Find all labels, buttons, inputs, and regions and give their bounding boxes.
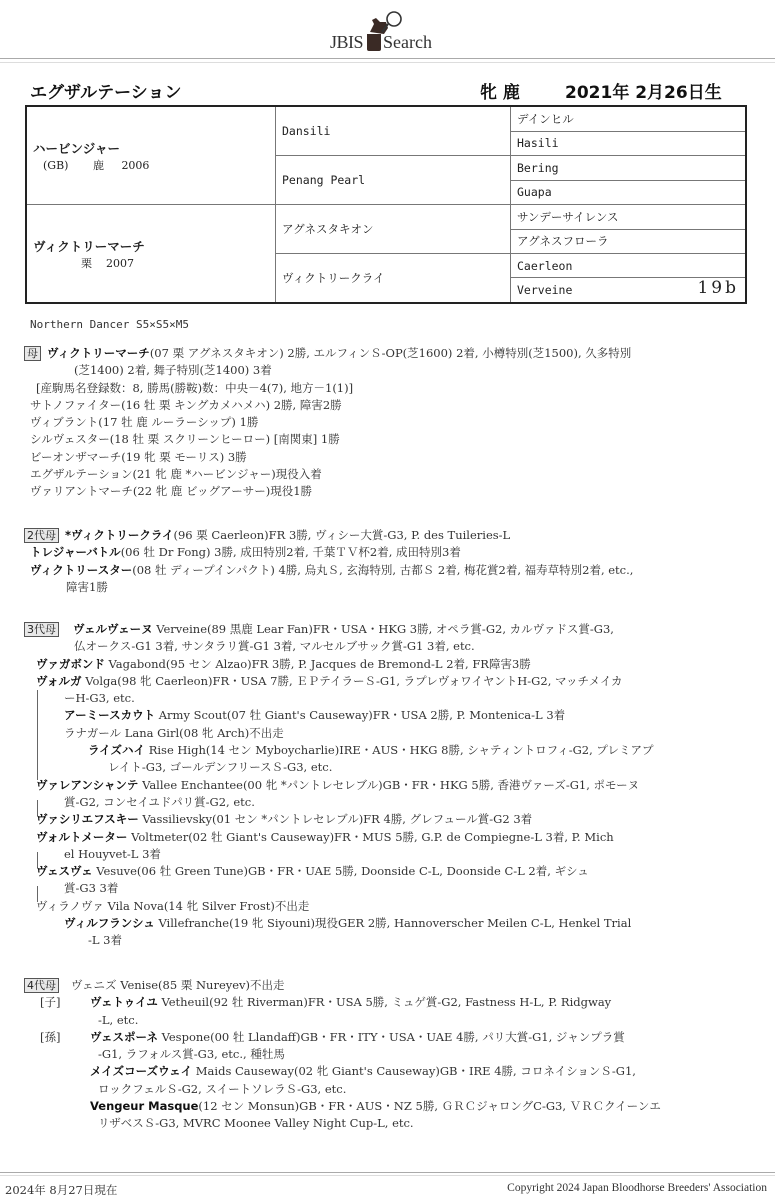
progeny-record: Vassilievsky(01 セン *パントレセレブル)FR 4勝, グレフュ…	[142, 812, 532, 826]
sire-year: 2006	[121, 159, 149, 172]
g3-cell-2[interactable]: Hasili	[511, 131, 747, 156]
progeny-name[interactable]: ヴォルガ	[36, 674, 82, 688]
progeny-record-cont: el Houyvet-L 3着	[24, 846, 754, 863]
progeny-item[interactable]: ヴィブラント(17 牡 鹿 ルーラーシップ) 1勝	[24, 414, 754, 431]
horse-title-row: エグザルテーション 牝 鹿 2021年 2月26日生	[30, 78, 750, 102]
sire-origin: (GB)	[43, 159, 68, 172]
sire-cell[interactable]: ハービンジャー (GB) 鹿 2006	[26, 106, 276, 205]
g3-cell-6[interactable]: アグネスフローラ	[511, 229, 747, 254]
progeny-record-cont: ロックフェルＳ-G2, スイートソレラＳ-G3, etc.	[24, 1081, 754, 1098]
as-of-date: 2024年 8月27日現在	[5, 1182, 117, 1198]
progeny-record-cont: 賞-G2, コンセイユドパリ賞-G2, etc.	[24, 794, 754, 811]
progeny-name[interactable]: ヴァガボンド	[36, 657, 105, 671]
sire-sire-cell[interactable]: Dansili	[276, 106, 511, 156]
family-number: 19b	[697, 278, 739, 298]
progeny-record: (12 セン Monsun)GB・FR・AUS・NZ 5勝, ＧＲＣジャロングC…	[198, 1099, 660, 1113]
progeny-item[interactable]: ラナガール Lana Girl(08 牝 Arch)不出走	[24, 725, 754, 742]
sire-details: (GB) 鹿 2006	[33, 157, 269, 173]
dam-details: 栗 2007	[33, 255, 269, 271]
progeny-record-cont: リザベスＳ-G3, MVRC Moonee Valley Night Cup-L…	[24, 1115, 754, 1132]
progeny-item[interactable]: シルヴェスター(18 牡 栗 スクリーンヒーロー) [南関東] 1勝	[24, 431, 754, 448]
progeny-name[interactable]: Vengeur Masque	[90, 1099, 198, 1113]
second-dam-name[interactable]: *ヴィクトリークライ	[65, 528, 173, 542]
second-dam-tag: 2代母	[24, 528, 59, 543]
dam-color: 栗	[81, 257, 92, 270]
third-dam-name[interactable]: ヴェルヴェーヌ	[73, 622, 153, 636]
progeny-record: (08 牡 ディープインパクト) 4勝, 烏丸Ｓ, 玄海特別, 古都Ｓ 2着, …	[132, 563, 633, 577]
progeny-record-cont: レイト-G3, ゴールデンフリースＳ-G3, etc.	[24, 759, 754, 776]
fourth-dam-tag: 4代母	[24, 978, 59, 993]
horse-birthdate: 2021年 2月26日生	[565, 78, 722, 103]
dam-year: 2007	[106, 257, 134, 270]
sire-dam-cell[interactable]: Penang Pearl	[276, 156, 511, 205]
g3-cell-5[interactable]: サンデーサイレンス	[511, 205, 747, 230]
dam-name: ヴィクトリーマーチ	[33, 237, 269, 255]
sire-color: 鹿	[93, 159, 104, 172]
progeny-record: Maids Causeway(02 牝 Giant's Causeway)GB・…	[196, 1064, 636, 1078]
progeny-name[interactable]: ヴィクトリースター	[30, 563, 132, 577]
inbreeding-note: Northern Dancer S5×S5×M5	[30, 318, 189, 331]
progeny-record: Vespone(00 牡 Llandaff)GB・FR・ITY・USA・UAE …	[162, 1030, 625, 1044]
progeny-record: Vallee Enchantee(00 牝 *パントレセレブル)GB・FR・HK…	[142, 778, 639, 792]
progeny-name[interactable]: トレジャーバトル	[30, 545, 121, 559]
progeny-name[interactable]: ライズハイ	[88, 743, 145, 757]
grandchild-label: [孫]	[40, 1029, 90, 1046]
g3-cell-4[interactable]: Guapa	[511, 180, 747, 205]
footer-divider	[0, 1172, 775, 1176]
third-dam-section: 3代母ヴェルヴェーヌ Verveine(89 黒鹿 Lear Fan)FR・US…	[24, 621, 754, 950]
third-dam-record-cont: 仏オークス-G1 3着, サンタラリ賞-G1 3着, マルセルブサック賞-G1 …	[24, 638, 754, 655]
progeny-item[interactable]: ビーオンザマーチ(19 牝 栗 モーリス) 3勝	[24, 449, 754, 466]
progeny-record: Rise High(14 セン Myboycharlie)IRE・AUS・HKG…	[149, 743, 654, 757]
progeny-name[interactable]: ヴェトゥイユ	[90, 995, 158, 1009]
logo-search-text: Search	[383, 32, 432, 53]
progeny-item[interactable]: エグザルテーション(21 牝 鹿 *ハービンジャー)現役入着	[24, 466, 754, 483]
progeny-name[interactable]: アーミースカウト	[64, 708, 155, 722]
fourth-dam-record[interactable]: ヴェニズ Venise(85 栗 Nureyev)不出走	[71, 978, 285, 992]
third-dam-tag: 3代母	[24, 622, 59, 637]
progeny-record-cont: 賞-G3 3着	[24, 880, 754, 897]
progeny-record: Volga(98 牝 Caerleon)FR・USA 7勝, ＥＰテイラーＳ-G…	[85, 674, 622, 688]
progeny-name[interactable]: ヴァレアンシャンテ	[36, 778, 138, 792]
progeny-name[interactable]: ヴィルフランシュ	[64, 916, 155, 930]
progeny-record-cont: -G1, ラフォルス賞-G3, etc., 種牡馬	[24, 1046, 754, 1063]
progeny-name[interactable]: ヴェスポーネ	[90, 1030, 158, 1044]
dam-section: 母ヴィクトリーマーチ(07 栗 アグネスタキオン) 2勝, エルフィンＳ-OP(…	[24, 345, 754, 501]
dam-dam-cell[interactable]: ヴィクトリークライ	[276, 254, 511, 304]
dam-progeny-summary: [産駒馬名登録数：8, 勝馬(勝鞍)数：中央－4(7), 地方－1(1)]	[24, 380, 754, 397]
second-dam-section: 2代母*ヴィクトリークライ(96 栗 Caerleon)FR 3勝, ヴィシー大…	[24, 527, 754, 596]
dam-name-link[interactable]: ヴィクトリーマーチ	[47, 346, 150, 360]
g3-cell-7[interactable]: Caerleon	[511, 254, 747, 278]
second-dam-record: (96 栗 Caerleon)FR 3勝, ヴィシー大賞-G3, P. des …	[173, 528, 510, 542]
progeny-record: (06 牡 Dr Fong) 3勝, 成田特別2着, 千葉ＴＶ杯2着, 成田特別…	[121, 545, 461, 559]
progeny-record: Voltmeter(02 牡 Giant's Causeway)FR・MUS 5…	[131, 830, 614, 844]
dam-record: (07 栗 アグネスタキオン) 2勝, エルフィンＳ-OP(芝1600) 2着,…	[150, 346, 631, 360]
progeny-item[interactable]: ヴァリアントマーチ(22 牝 鹿 ビッグアーサー)現役1勝	[24, 483, 754, 500]
pedigree-table: ハービンジャー (GB) 鹿 2006 Dansili デインヒル Hasili…	[25, 105, 747, 304]
g3-cell-8-name: Verveine	[517, 283, 572, 297]
g3-cell-1[interactable]: デインヒル	[511, 106, 747, 131]
progeny-record-cont: 障害1勝	[24, 579, 754, 596]
g3-cell-8[interactable]: Verveine 19b	[511, 278, 747, 303]
jbis-search-logo[interactable]: JBIS Search	[330, 10, 460, 52]
fourth-dam-section: 4代母ヴェニズ Venise(85 栗 Nureyev)不出走 [子]ヴェトゥイ…	[24, 977, 754, 1133]
logo-jbis-text: JBIS	[330, 32, 363, 53]
copyright: Copyright 2024 Japan Bloodhorse Breeders…	[507, 1182, 767, 1194]
progeny-item[interactable]: サトノファイター(16 牡 栗 キングカメハメハ) 2勝, 障害2勝	[24, 397, 754, 414]
progeny-record: Villefranche(19 牝 Siyouni)現役GER 2勝, Hann…	[158, 916, 631, 930]
dam-sire-cell[interactable]: アグネスタキオン	[276, 205, 511, 254]
child-label: [子]	[40, 994, 90, 1011]
dam-record-cont: (芝1400) 2着, 舞子特別(芝1400) 3着	[24, 362, 754, 379]
progeny-name[interactable]: ヴァシリエフスキー	[36, 812, 139, 826]
progeny-record-cont: -L, etc.	[24, 1012, 754, 1029]
progeny-record: Vetheuil(92 牡 Riverman)FR・USA 5勝, ミュゲ賞-G…	[161, 995, 611, 1009]
progeny-record: Army Scout(07 牡 Giant's Causeway)FR・USA …	[159, 708, 565, 722]
progeny-record: Vagabond(95 セン Alzao)FR 3勝, P. Jacques d…	[109, 657, 531, 671]
header-divider	[0, 58, 775, 63]
dam-tag: 母	[24, 346, 41, 361]
header: JBIS Search	[0, 0, 775, 66]
g3-cell-3[interactable]: Bering	[511, 156, 747, 181]
horse-sex-color: 牝 鹿	[480, 78, 520, 103]
third-dam-record: Verveine(89 黒鹿 Lear Fan)FR・USA・HKG 3勝, オ…	[156, 622, 614, 636]
progeny-record-cont: ーH-G3, etc.	[24, 690, 754, 707]
dam-cell[interactable]: ヴィクトリーマーチ 栗 2007	[26, 205, 276, 304]
sire-name: ハービンジャー	[33, 139, 269, 157]
logo-can-icon	[367, 34, 381, 51]
progeny-record: Vesuve(06 牡 Green Tune)GB・FR・UAE 5勝, Doo…	[96, 864, 588, 878]
progeny-name[interactable]: ヴェスヴェ	[36, 864, 93, 878]
progeny-name[interactable]: ヴォルトメーター	[36, 830, 127, 844]
progeny-name[interactable]: メイズコーズウェイ	[90, 1064, 192, 1078]
progeny-record-cont: -L 3着	[24, 932, 754, 949]
horse-name: エグザルテーション	[30, 78, 181, 103]
progeny-item[interactable]: ヴィラノヴァ Vila Nova(14 牝 Silver Frost)不出走	[24, 898, 754, 915]
